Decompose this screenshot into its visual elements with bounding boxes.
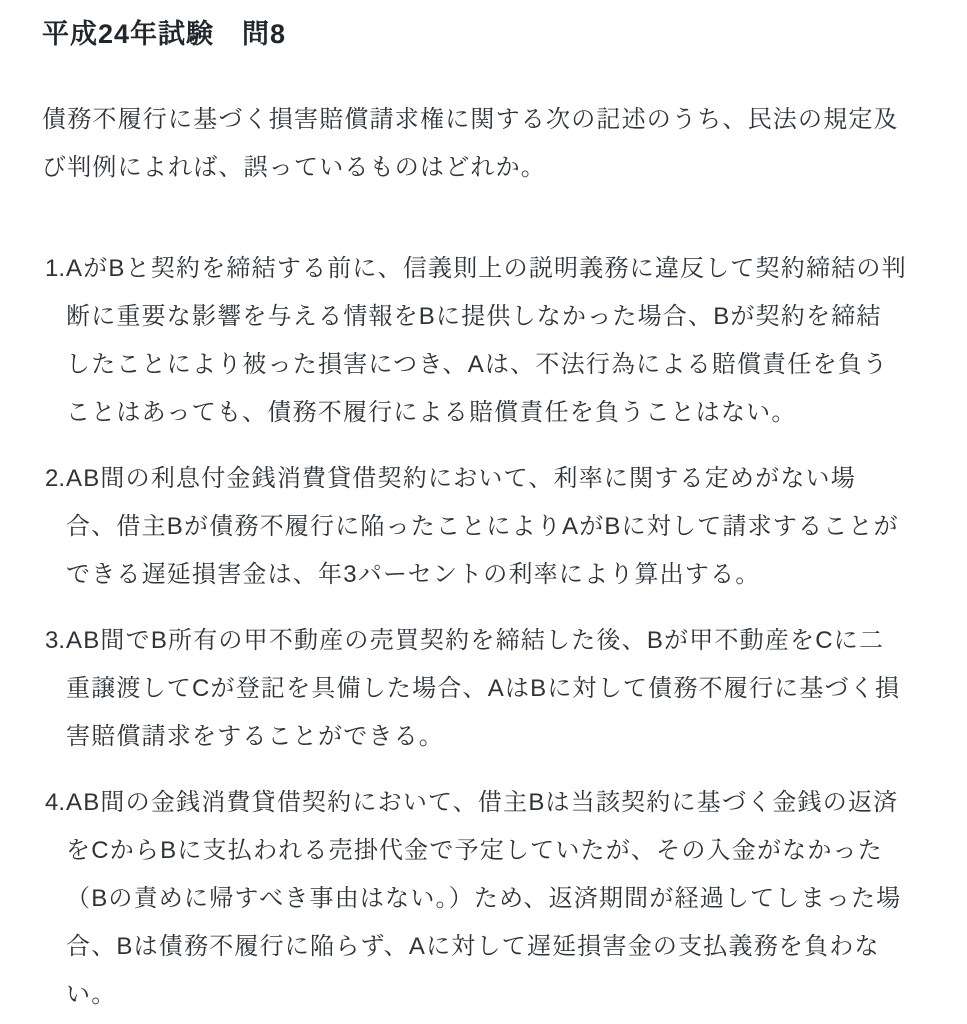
choice-3: 3. AB間でB所有の甲不動産の売買契約を締結した後、Bが甲不動産をCに二 重譲…: [45, 617, 939, 761]
question-line: 債務不履行に基づく損害賠償請求権に関する次の記述のうち、民法の規定及: [42, 96, 939, 144]
choice-line: 害賠償請求をすることができる。: [66, 713, 939, 761]
choice-line: （Bの責めに帰すべき事由はない。）ため、返済期間が経過してしまった場: [66, 875, 939, 923]
choice-line: 断に重要な影響を与える情報をBに提供しなかった場合、Bが契約を締結: [66, 293, 939, 341]
exam-question-page: 平成24年試験 問8 債務不履行に基づく損害賠償請求権に関する次の記述のうち、民…: [0, 0, 967, 1024]
question-text: 債務不履行に基づく損害賠償請求権に関する次の記述のうち、民法の規定及 び判例によ…: [42, 96, 939, 192]
question-line: び判例によれば、誤っているものはどれか。: [42, 144, 939, 192]
choice-number: 2.: [45, 455, 66, 503]
choice-line: AB間でB所有の甲不動産の売買契約を締結した後、Bが甲不動産をCに二: [66, 617, 939, 665]
choice-text: AB間でB所有の甲不動産の売買契約を締結した後、Bが甲不動産をCに二 重譲渡して…: [66, 617, 939, 761]
choice-line: ことはあっても、債務不履行による賠償責任を負うことはない。: [66, 389, 939, 437]
choice-line: AB間の利息付金銭消費貸借契約において、利率に関する定めがない場: [66, 455, 939, 503]
choice-number: 4.: [45, 779, 66, 827]
choice-line: AがBと契約を締結する前に、信義則上の説明義務に違反して契約締結の判: [66, 245, 939, 293]
choice-line: 合、借主Bが債務不履行に陥ったことによりAがBに対して請求することが: [66, 503, 939, 551]
choice-4: 4. AB間の金銭消費貸借契約において、借主Bは当該契約に基づく金銭の返済 をC…: [45, 779, 939, 1019]
choice-number: 1.: [45, 245, 66, 293]
page-title: 平成24年試験 問8: [42, 16, 939, 52]
choice-line: できる遅延損害金は、年3パーセントの利率により算出する。: [66, 551, 939, 599]
choice-line: 重譲渡してCが登記を具備した場合、AはBに対して債務不履行に基づく損: [66, 665, 939, 713]
choice-1: 1. AがBと契約を締結する前に、信義則上の説明義務に違反して契約締結の判 断に…: [45, 245, 939, 437]
choice-line: 合、Bは債務不履行に陥らず、Aに対して遅延損害金の支払義務を負わな: [66, 923, 939, 971]
choice-text: AB間の金銭消費貸借契約において、借主Bは当該契約に基づく金銭の返済 をCからB…: [66, 779, 939, 1019]
choice-line: をCからBに支払われる売掛代金で予定していたが、その入金がなかった: [66, 827, 939, 875]
choice-list: 1. AがBと契約を締結する前に、信義則上の説明義務に違反して契約締結の判 断に…: [42, 245, 939, 1019]
choice-line: AB間の金銭消費貸借契約において、借主Bは当該契約に基づく金銭の返済: [66, 779, 939, 827]
choice-line: したことにより被った損害につき、Aは、不法行為による賠償責任を負う: [66, 341, 939, 389]
choice-line: い。: [66, 971, 939, 1019]
choice-2: 2. AB間の利息付金銭消費貸借契約において、利率に関する定めがない場 合、借主…: [45, 455, 939, 599]
choice-text: AがBと契約を締結する前に、信義則上の説明義務に違反して契約締結の判 断に重要な…: [66, 245, 939, 437]
choice-number: 3.: [45, 617, 66, 665]
choice-text: AB間の利息付金銭消費貸借契約において、利率に関する定めがない場 合、借主Bが債…: [66, 455, 939, 599]
